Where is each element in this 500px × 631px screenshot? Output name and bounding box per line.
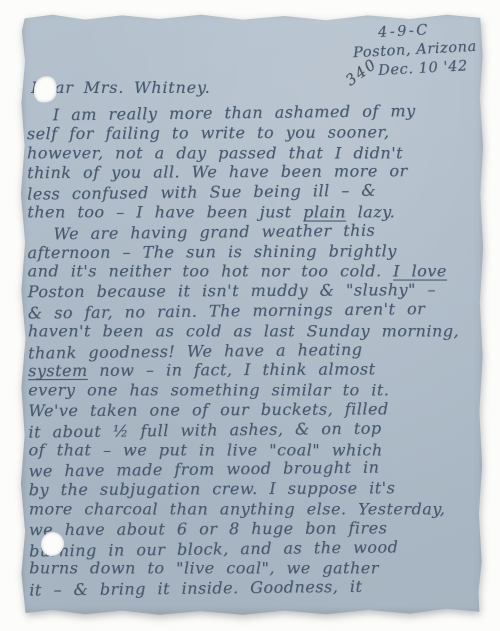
- letter-line: & so far, no rain. The mornings aren't o…: [28, 298, 478, 323]
- underlined-word: system: [28, 361, 88, 380]
- paper-shadow: 4-9-C Poston, Arizona Dec. 10 '42 340 De…: [20, 13, 484, 616]
- pencil-catalog-number: 340: [342, 55, 381, 90]
- letter-line: it about ½ full with ashes, & on top: [28, 417, 478, 442]
- letter-line: afternoon – The sun is shining brightly: [27, 240, 477, 262]
- letter-line: burning in our block, and as the wood: [29, 536, 479, 561]
- letter-line: and it's neither too hot nor too cold. I…: [28, 262, 478, 282]
- letter-line: by the subjugation crew. I suppose it's: [29, 478, 479, 500]
- salutation-line: Dear Mrs. Whitney.: [31, 78, 210, 97]
- underlined-word: I love: [393, 262, 447, 281]
- letter-line: haven't been as cold as last Sunday morn…: [28, 321, 478, 341]
- letter-line: self for failing to write to you sooner,: [27, 122, 477, 144]
- letter-paper: 4-9-C Poston, Arizona Dec. 10 '42 340 De…: [20, 13, 484, 616]
- underlined-word: plain: [303, 202, 346, 221]
- letter-line: however, not a day passed that I didn't: [27, 143, 477, 163]
- letter-line: more charcoal than anything else. Yester…: [29, 499, 479, 519]
- letter-line: less confused with Sue being ill – &: [27, 180, 477, 205]
- letter-line: every one has something similar to it.: [28, 381, 478, 401]
- scanned-letter-page: 4-9-C Poston, Arizona Dec. 10 '42 340 De…: [0, 0, 500, 631]
- letter-body: I am really more than ashamed of my self…: [27, 102, 480, 599]
- letter-line: it – & bring it inside. Goodness, it: [29, 576, 479, 601]
